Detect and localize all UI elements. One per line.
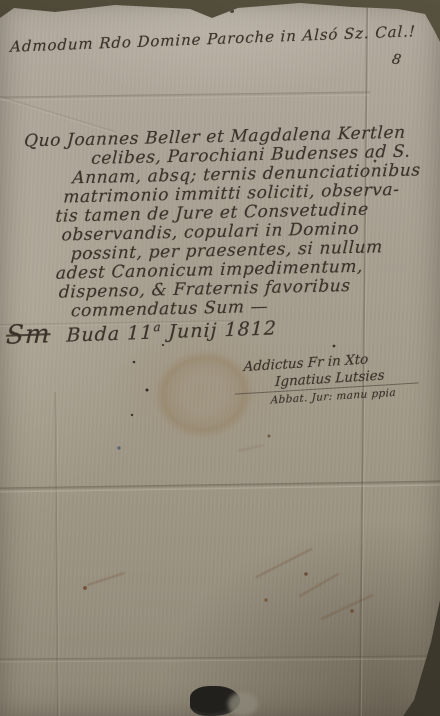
fold-line-vertical-left [54,392,60,716]
ink-bleed-streak [238,444,264,451]
fold-line-horizontal-top [0,91,370,100]
flourish-mark: 8 [391,51,403,68]
ink-bleed-streak [255,548,313,579]
document-photo: Admodum Rdo Domine Paroche in Alsó Sz. C… [0,0,440,716]
letter-body: Quo Joannes Beller et Magdalena Kertlen … [0,123,440,323]
ink-bleed-streak [299,573,340,598]
paraph-flourish: Sm [6,319,51,351]
fold-line-horizontal-center [0,481,440,493]
salutation-line: Admodum Rdo Domine Paroche in Alsó Sz. C… [10,22,416,56]
signature-block: Addictus Fr in Xto Ignatius Lutsies Abba… [234,348,419,411]
fold-line-horizontal-bottom [0,655,440,662]
fold-line-diagonal [0,93,116,134]
date-place: Buda 11 [66,322,154,347]
ink-bleed-streak [320,594,373,620]
date-rest: Junij 1812 [161,317,277,343]
ink-specks [0,0,2,2]
paper-sheet: Admodum Rdo Domine Paroche in Alsó Sz. C… [0,0,440,716]
paper-tear-highlight [228,692,258,716]
ink-bleed-streak [87,572,126,586]
